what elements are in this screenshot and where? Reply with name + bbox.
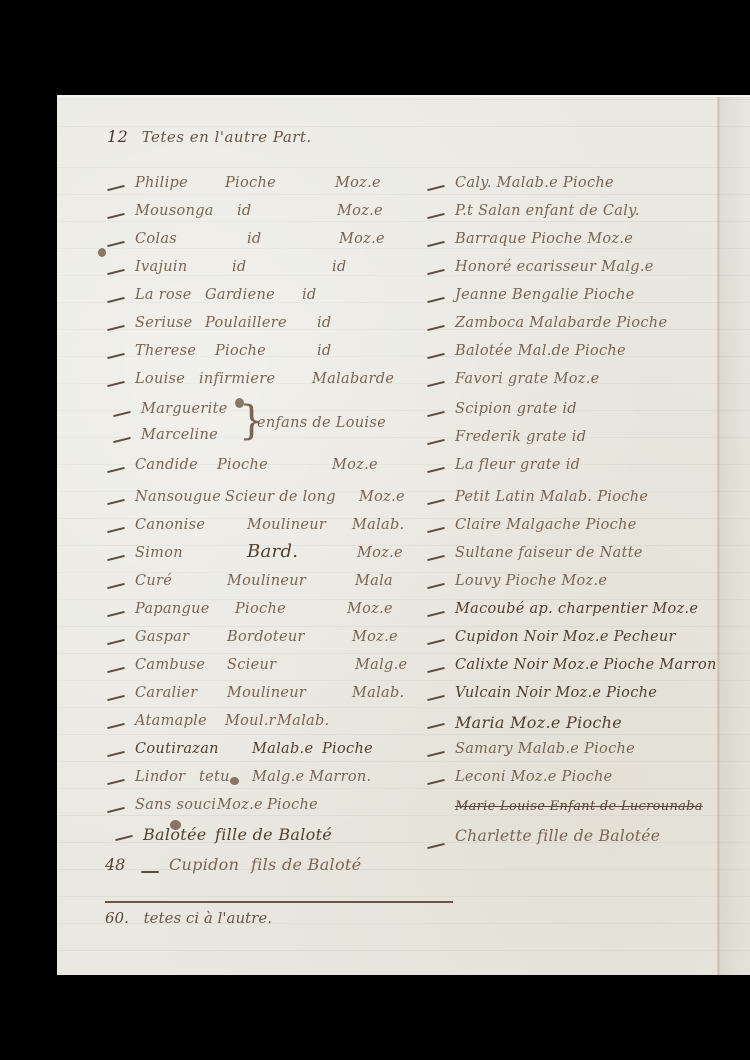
total-rule <box>105 901 453 903</box>
ink-stain <box>98 248 106 257</box>
subtotal: 48 <box>105 855 125 874</box>
ink-stain <box>170 820 181 830</box>
ink-stain <box>235 398 244 408</box>
page-header: 12 Tetes en l'autre Part. <box>107 127 312 146</box>
footer-text: tetes ci à l'autre. <box>144 909 272 927</box>
header-text: Tetes en l'autre Part. <box>142 128 312 146</box>
header-count: 12 <box>107 127 128 146</box>
page-footer: 60. tetes ci à l'autre. <box>105 909 272 927</box>
page-fold-shadow <box>720 97 750 975</box>
manuscript-page: 12 Tetes en l'autre Part. PhilipePiocheM… <box>57 95 750 975</box>
ink-stain <box>230 777 239 785</box>
page-fold-line <box>717 97 720 975</box>
footer-count: 60. <box>105 909 129 927</box>
